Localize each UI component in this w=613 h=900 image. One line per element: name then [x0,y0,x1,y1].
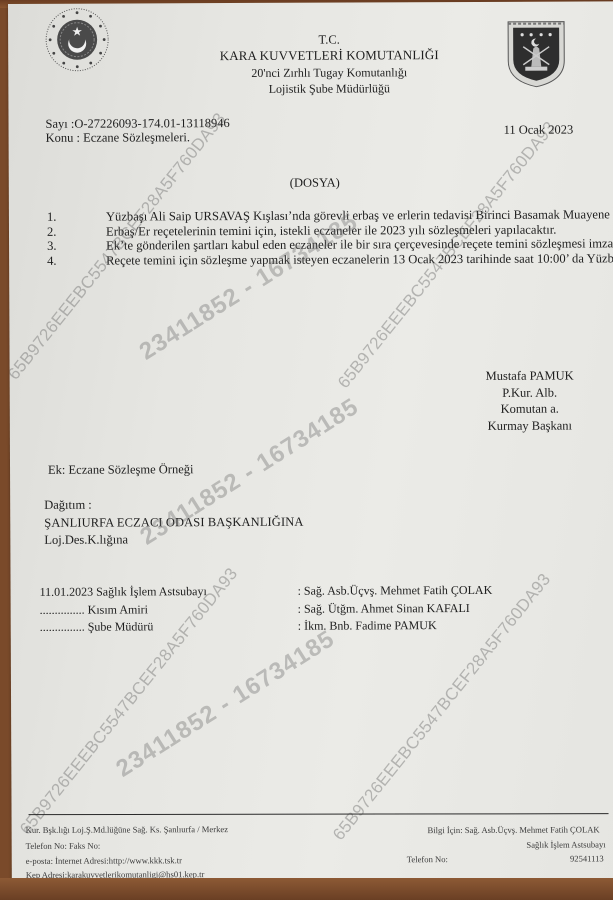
distribution-label: Dağıtım : [44,498,92,513]
header-brigade: 20'nci Zırhlı Tugay Komutanlığı [23,64,613,82]
footer-info-title: Sağlık İşlem Astsubayı [417,839,606,850]
document-date: 11 Ocak 2023 [504,123,574,138]
distribution-item: Loj.Des.K.lığına [44,532,128,547]
paragraph-number: 4. [47,254,106,267]
header-command: KARA KUVVETLERİ KOMUTANLIĞI [23,46,613,65]
paragraph-3: 3.Ek’te gönderilen şartları kabul eden e… [47,238,590,253]
desk-background-bottom [0,878,613,900]
konu-label: Konu [46,131,74,145]
header-branch: Lojistik Şube Müdürlüğü [23,80,613,98]
signer-on-behalf: Komutan a. [465,400,595,417]
paragraph-2: 2.Erbaş/Er reçetelerinin temini için, is… [47,223,590,238]
subject: Konu : Eczane Sözleşmeleri. [46,130,190,146]
signer-rank: P.Kur. Alb. [465,384,595,401]
paragraph-1: 1.Yüzbaşı Ali Saip URSAVAŞ Kışlası’nda g… [47,208,590,223]
paragraph-number: 1. [47,211,106,224]
footer-email-web: e-posta: İnternet Adresi:http://www.kkk.… [26,855,182,866]
watermark-id: 23411852 - 16734185 [111,625,340,783]
document-page: T.C. KARA KUVVETLERİ KOMUTANLIĞI 20'nci … [8,1,613,882]
footer-address: Kur. Bşk.lığı Loj.Ş.Md.lüğüne Sağ. Ks. Ş… [26,824,228,835]
paragraph-text: Yüzbaşı Ali Saip URSAVAŞ Kışlası’nda gör… [106,205,613,223]
sayi-label: Sayı [45,117,67,131]
footer-phone-fax: Telefon No: Faks No: [26,841,101,851]
paragraph-number: 3. [47,240,106,253]
coordination-role: ............... Kısım Amiri [40,602,148,617]
signature-block: Mustafa PAMUK P.Kur. Alb. Komutan a. Kur… [465,367,595,434]
paragraph-text: Ek’te gönderilen şartları kabul eden ecz… [106,236,613,252]
attachment-note: Ek: Eczane Sözleşme Örneği [48,462,194,478]
footer-divider [29,813,609,815]
signer-name: Mustafa PAMUK [465,367,595,384]
distribution-item: ŞANLIURFA ECZACI ODASI BAŞKANLIĞINA [44,515,303,531]
signer-title: Kurmay Başkanı [465,417,595,434]
coordination-person: : Sağ. Asb.Üçvş. Mehmet Fatih ÇOLAK [298,583,493,599]
footer-info-contact: Bilgi İçin: Sağ. Asb.Üçvş. Mehmet Fatih … [417,824,600,835]
paragraph-text: Erbaş/Er reçetelerinin temini için, iste… [106,222,556,238]
paragraph-4: 4.Reçete temini için sözleşme yapmak ist… [47,252,590,267]
coordination-person: : Sağ. Ütğm. Ahmet Sinan KAFALI [298,601,470,617]
coordination-person: : İkm. Bnb. Fadime PAMUK [298,618,437,634]
footer-phone-label: Telefon No: [407,854,448,864]
konu-value: : Eczane Sözleşmeleri. [76,130,190,144]
coordination-role: 11.01.2023 Sağlık İşlem Astsubayı [40,584,207,600]
paragraph-number: 2. [47,225,106,238]
coordination-role: ............... Şube Müdürü [40,619,154,634]
footer-phone-value: 92541113 [517,853,604,863]
document-heading: (DOSYA) [9,174,613,192]
sayi-value: :O-27226093-174.01-13118946 [71,116,230,131]
document-body: 1.Yüzbaşı Ali Saip URSAVAŞ Kışlası’nda g… [47,208,590,267]
